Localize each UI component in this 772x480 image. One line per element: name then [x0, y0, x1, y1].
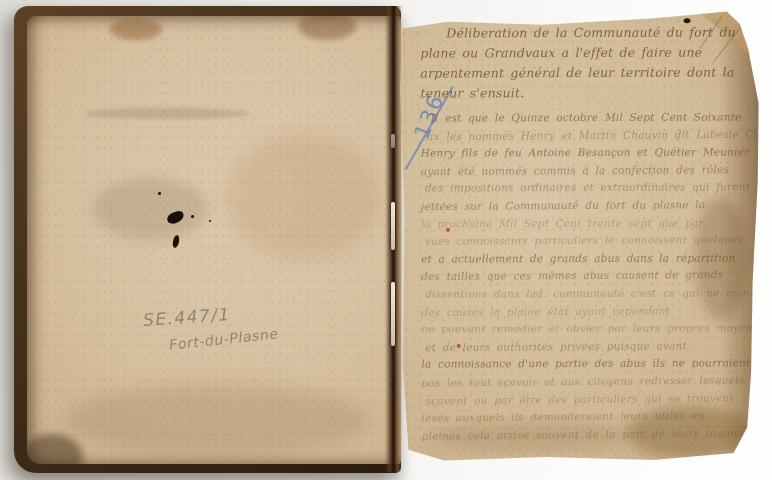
ink-blot	[209, 220, 211, 222]
manuscript-body-line: six les nommés Henry et Martin Chauvin d…	[425, 127, 737, 147]
scan-background: SE.447/1 Fort-du-Plasne 136 Déliberation…	[0, 0, 772, 480]
manuscript-body-line: Henry fils de feu Antoine Besançon et Qu…	[421, 145, 737, 164]
stain	[27, 434, 83, 464]
right-page-manuscript: 136 Déliberation de la Communauté du for…	[397, 8, 762, 467]
manuscript-body-line: la connoissance d'une partie des abus il…	[421, 356, 737, 375]
manuscript-body-line: Il est que le Quinze octobre Mil Sept Ce…	[421, 109, 737, 128]
binding-stitch	[391, 282, 395, 346]
manuscript-body-line: des impositions ordinaires et extraordin…	[425, 180, 737, 199]
left-page-paper: SE.447/1 Fort-du-Plasne	[27, 16, 401, 464]
stain	[298, 16, 356, 40]
manuscript-heading-line: arpentement général de leur territoire d…	[420, 62, 736, 83]
stain	[85, 108, 250, 119]
binding-stitch	[391, 134, 395, 148]
ink-blot	[158, 192, 161, 195]
manuscript-body-line: ayant été nommés commis à la confection …	[421, 162, 737, 182]
stain	[65, 384, 370, 456]
stain	[225, 134, 380, 259]
manuscript-body-line: jettées sur la Communauté du fort du pla…	[421, 197, 737, 217]
manuscript-body-line: ne pouvant remédier et obvier par leurs …	[421, 321, 737, 340]
manuscript-text: Déliberation de la Communauté du fort du…	[420, 22, 737, 444]
manuscript-heading-line: Déliberation de la Communauté du fort du	[420, 22, 736, 43]
stain	[110, 18, 162, 40]
pencil-archival-reference: SE.447/1	[142, 305, 231, 331]
paper-texture	[27, 16, 401, 464]
manuscript-heading-line: teneur s'ensuit.	[420, 82, 736, 103]
ink-blot	[191, 215, 194, 218]
manuscript-body-line: et de leurs authorités privées puisque a…	[425, 338, 737, 358]
manuscript-body-line: pleines cela arrive souvent de la part d…	[422, 425, 738, 446]
manuscript-body-line: vues connoissants particuliers le connoi…	[425, 232, 737, 252]
manuscript-body-line: des tailles que ces mêmes abus causent d…	[421, 267, 737, 287]
binding-gutter	[385, 6, 402, 472]
manuscript-body-line: et a actuellement de grands abus dans la…	[421, 250, 737, 269]
left-cover-board: SE.447/1 Fort-du-Plasne	[14, 6, 401, 473]
manuscript-body-line: la prochaine Mil Sept Cent trente sept q…	[421, 215, 737, 234]
stain	[93, 178, 208, 240]
manuscript-body-line: des causes la plaine état ayant cependan…	[421, 302, 737, 322]
binding-stitch	[391, 202, 395, 250]
pencil-place-name: Fort-du-Plasne	[168, 326, 279, 353]
manuscript-body-line: dissentions dans lad. communauté c'est c…	[425, 285, 737, 304]
ink-blot	[166, 210, 185, 225]
ink-blot	[172, 235, 181, 249]
manuscript-heading-line: plane ou Grandvaux a l'effet de faire un…	[420, 42, 736, 63]
